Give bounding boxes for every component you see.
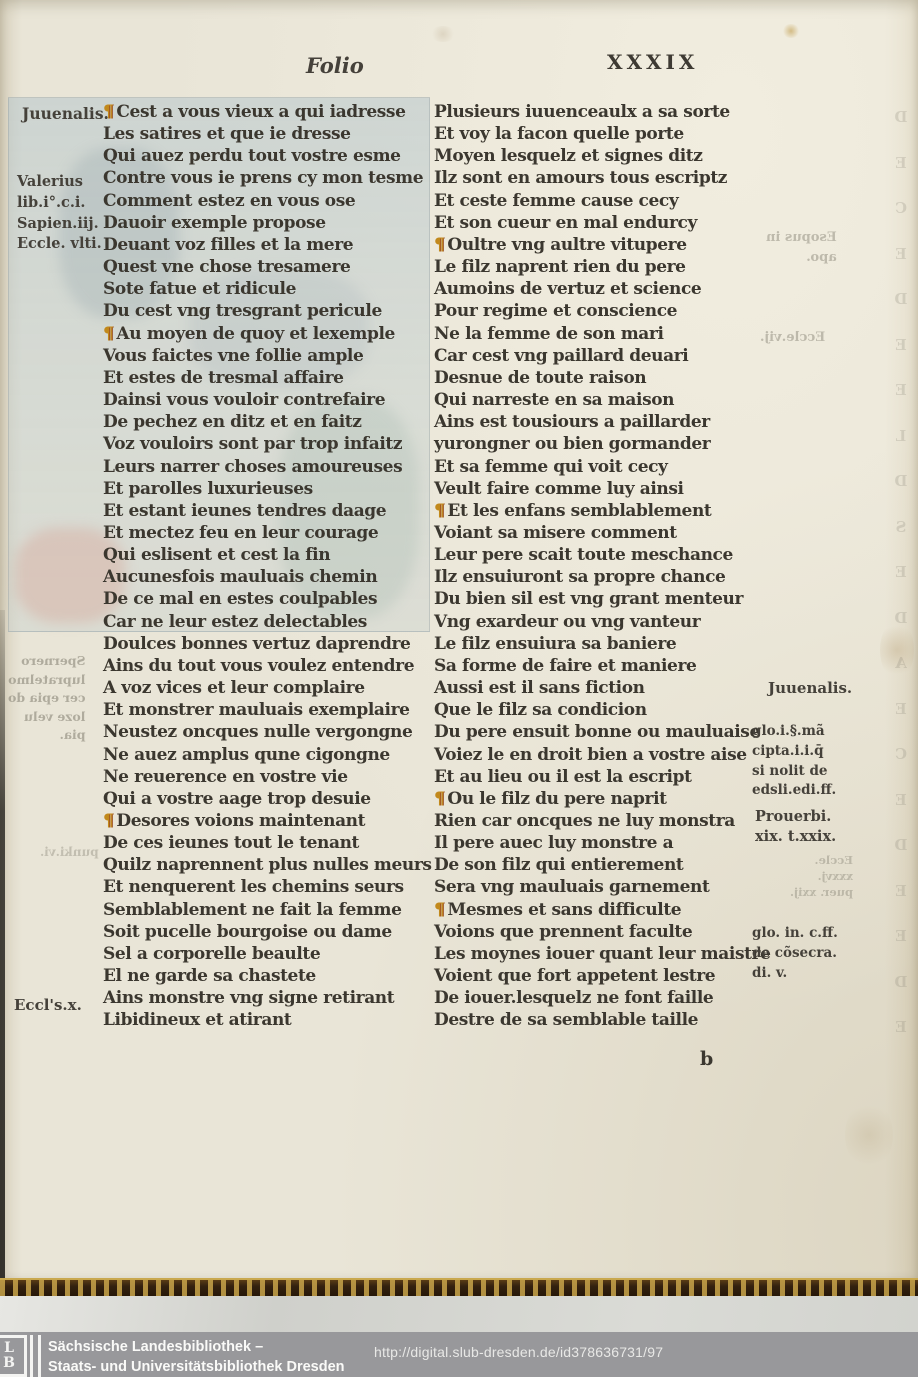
margin-note-gloss-1: glo.i.§.mãcipta.i.i.q̄si nolit deedsli.e… — [752, 722, 836, 801]
ghost-line: loze velu — [8, 708, 85, 727]
ghost-line: punki.vi. — [40, 845, 99, 859]
verse-line: Et ceste femme cause cecy — [434, 190, 771, 212]
verse-line: Leur pere scait toute meschance — [434, 544, 771, 566]
paper-stain — [430, 26, 456, 42]
ghost-line: Eccle. — [790, 852, 853, 868]
verse-line: Qui a vostre aage trop desuie — [103, 788, 432, 810]
verse-line: Car cest vng paillard deuari — [434, 345, 771, 367]
verse-line: Ains du tout vous voulez entendre — [103, 655, 432, 677]
margin-note-juvenalis-left: Juuenalis. — [22, 104, 109, 123]
paper-stain — [782, 24, 800, 38]
margin-note-line: cipta.i.i.q̄ — [752, 742, 836, 762]
verse-line: Les moynes iouer quant leur maistre — [434, 943, 771, 965]
library-name: Sächsische Landesbibliothek – Staats- un… — [48, 1337, 345, 1377]
pilcrow-mark: ¶ — [434, 789, 444, 809]
verse-line: Le filz naprent rien du pere — [434, 256, 771, 278]
document-url: http://digital.slub-dresden.de/id3786367… — [374, 1344, 663, 1360]
verse-line: ¶Desores voions maintenant — [103, 810, 432, 832]
margin-note-line: de cõsecra. — [752, 944, 838, 964]
edge-glyph: E — [891, 232, 911, 278]
margin-note-line: lib.i°.c.i. — [17, 193, 102, 214]
edge-glyph: E — [891, 687, 911, 733]
verse-line: Ne la femme de son mari — [434, 323, 771, 345]
verse-line: Contre vous ie prens cy mon tesme — [103, 167, 432, 189]
paper-stain — [880, 620, 914, 680]
verse-line: Qui auez perdu tout vostre esme — [103, 145, 432, 167]
margin-note-line: glo. in. c.ff. — [752, 924, 838, 944]
pilcrow-mark: ¶ — [103, 811, 113, 831]
verse-line: Aussi est il sans fiction — [434, 677, 771, 699]
edge-glyph: D — [891, 95, 911, 141]
verse-line: Leurs narrer choses amoureuses — [103, 456, 432, 478]
verse-line: ¶Oultre vng aultre vitupere — [434, 234, 771, 256]
verse-line: De pechez en ditz et en faitz — [103, 411, 432, 433]
ghost-line: pia. — [8, 726, 85, 745]
verse-line: Aucunesfois mauluais chemin — [103, 566, 432, 588]
verse-line: Desnue de toute raison — [434, 367, 771, 389]
verse-line: Quest vne chose tresamere — [103, 256, 432, 278]
quire-signature-mark: b — [700, 1048, 713, 1070]
bleedthrough-text-left: Spernerolupratelmocer epia doloze velupi… — [8, 652, 85, 745]
ghost-line: Esopus in — [766, 228, 837, 248]
scanned-book-page: { "header": { "folio_label": "Folio", "p… — [0, 0, 918, 1377]
verse-line: Qui eslisent et cest la fin — [103, 544, 432, 566]
verse-line: Comment estez en vous ose — [103, 190, 432, 212]
verse-line: Et parolles luxurieuses — [103, 478, 432, 500]
edge-glyph: E — [891, 869, 911, 915]
margin-note-line: di. v. — [752, 964, 838, 984]
verse-line: Quilz naprennent plus nulles meurs — [103, 854, 432, 876]
verse-line: Et nenquerent les chemins seurs — [103, 876, 432, 898]
margin-note-gloss-2: glo. in. c.ff.de cõsecra.di. v. — [752, 924, 838, 983]
verse-line: Et estant ieunes tendres daage — [103, 500, 432, 522]
verse-line: Les satires et que ie dresse — [103, 123, 432, 145]
page-scan: Folio XXXIX ¶Cest a vous vieux a qui iad… — [0, 0, 918, 1283]
slub-logo-box: L B — [0, 1335, 27, 1377]
book-fore-edge — [0, 1278, 918, 1298]
ghost-line: puer. xxij. — [790, 884, 853, 900]
verse-line: Voz vouloirs sont par trop infaitz — [103, 433, 432, 455]
verse-line: Car ne leur estez delectables — [103, 611, 432, 633]
verse-line: Et sa femme qui voit cecy — [434, 456, 771, 478]
verse-line: Doulces bonnes vertuz daprendre — [103, 633, 432, 655]
margin-note-line: Eccl's.x. — [14, 996, 82, 1014]
margin-note-line: glo.i.§.mã — [752, 722, 836, 742]
verse-line: Voiant sa misere comment — [434, 522, 771, 544]
folio-label: Folio — [306, 53, 364, 78]
verse-line: Libidineux et atirant — [103, 1009, 432, 1031]
pilcrow-mark: ¶ — [434, 235, 444, 255]
edge-glyph: D — [891, 459, 911, 505]
verse-line: Dauoir exemple propose — [103, 212, 432, 234]
verse-line: Voient que fort appetent lestre — [434, 965, 771, 987]
verse-line: Semblablement ne fait la femme — [103, 899, 432, 921]
verse-line: Deuant voz filles et la mere — [103, 234, 432, 256]
verse-line: Et monstrer mauluais exemplaire — [103, 699, 432, 721]
verse-line: Sera vng mauluais garnement — [434, 876, 771, 898]
margin-note-eccles: Eccl's.x. — [14, 996, 82, 1014]
logo-letter-b: B — [3, 1356, 15, 1371]
bleedthrough-text-left-low: punki.vi. — [40, 845, 99, 859]
verse-line: Et estes de tresmal affaire — [103, 367, 432, 389]
page-number-roman: XXXIX — [607, 50, 698, 74]
edge-glyph: E — [891, 141, 911, 187]
verse-line: Sote fatue et ridicule — [103, 278, 432, 300]
margin-note-line: Prouerbi. — [755, 807, 836, 827]
verse-line: Destre de sa semblable taille — [434, 1009, 771, 1031]
verse-line: Sa forme de faire et maniere — [434, 655, 771, 677]
verse-line: Vous faictes vne follie ample — [103, 345, 432, 367]
pilcrow-mark: ¶ — [434, 900, 444, 920]
verse-line: Rien car oncques ne luy monstra — [434, 810, 771, 832]
ghost-line: Spernero — [8, 652, 85, 671]
library-name-line2: Staats- und Universitätsbibliothek Dresd… — [48, 1357, 345, 1377]
margin-note-references: Valeriuslib.i°.c.i.Sapien.iij.Eccle. vlt… — [17, 172, 102, 255]
verse-line: yurongner ou bien gormander — [434, 433, 771, 455]
ghost-line: xxxvj. — [790, 868, 853, 884]
edge-glyph: C — [891, 732, 911, 778]
verse-line: ¶Cest a vous vieux a qui iadresse — [103, 101, 432, 123]
verse-line: Du bien sil est vng grant menteur — [434, 588, 771, 610]
bleedthrough-text-right-mid: Eccle.xxxvj.puer. xxij. — [790, 852, 853, 900]
bleedthrough-text-esopus: Esopus inapo. — [766, 228, 837, 268]
verse-line: Et voy la facon quelle porte — [434, 123, 771, 145]
verse-line: Moyen lesquelz et signes ditz — [434, 145, 771, 167]
edge-glyph: D — [891, 277, 911, 323]
verse-line: ¶Ou le filz du pere naprit — [434, 788, 771, 810]
verse-line: Et au lieu ou il est la escript — [434, 766, 771, 788]
verse-line: De ces ieunes tout le tenant — [103, 832, 432, 854]
verse-line: Qui narreste en sa maison — [434, 389, 771, 411]
verse-line: Ne auez amplus qune cigongne — [103, 744, 432, 766]
background-cloth — [0, 1296, 918, 1332]
verse-line: A voz vices et leur complaire — [103, 677, 432, 699]
paper-stain — [845, 1100, 893, 1170]
verse-line: Soit pucelle bourgoise ou dame — [103, 921, 432, 943]
verse-line: El ne garde sa chastete — [103, 965, 432, 987]
ghost-line: apo. — [766, 248, 837, 268]
edge-glyph: D — [891, 823, 911, 869]
verse-line: Neustez oncques nulle vergongne — [103, 721, 432, 743]
margin-note-line: Juuenalis. — [22, 104, 109, 123]
margin-note-line: Eccle. vlti. — [17, 234, 102, 255]
margin-note-line: si nolit de — [752, 762, 836, 782]
verse-line: Ilz ensuiuront sa propre chance — [434, 566, 771, 588]
verse-line: Ilz sont en amours tous escriptz — [434, 167, 771, 189]
verse-line: Et son cueur en mal endurcy — [434, 212, 771, 234]
text-column-left: ¶Cest a vous vieux a qui iadresseLes sat… — [103, 101, 432, 1032]
edge-glyph: E — [891, 778, 911, 824]
edge-glyph: A — [891, 641, 911, 687]
verse-line: Voiez le en droit bien a vostre aise — [434, 744, 771, 766]
edge-glyph: E — [891, 323, 911, 369]
edge-glyph: D — [891, 596, 911, 642]
margin-note-line: Sapien.iij. — [17, 214, 102, 235]
footer-bar: L B Sächsische Landesbibliothek – Staats… — [0, 1332, 918, 1377]
verse-line: De son filz qui entierement — [434, 854, 771, 876]
verse-line: De ce mal en estes coulpables — [103, 588, 432, 610]
bleedthrough-edge-initials: DECEDEELDSEDAECEDEEDE — [891, 95, 911, 1051]
verse-line: ¶Mesmes et sans difficulte — [434, 899, 771, 921]
edge-glyph: E — [891, 368, 911, 414]
margin-note-line: Valerius — [17, 172, 102, 193]
edge-glyph: L — [891, 414, 911, 460]
edge-glyph: E — [891, 914, 911, 960]
library-name-line1: Sächsische Landesbibliothek – — [48, 1337, 345, 1357]
edge-glyph: E — [891, 550, 911, 596]
verse-line: Il pere auec luy monstre a — [434, 832, 771, 854]
slub-logo-bars — [30, 1335, 41, 1377]
pilcrow-mark: ¶ — [434, 501, 444, 521]
verse-line: Du cest vng tresgrant pericule — [103, 300, 432, 322]
verse-line: Plusieurs iuuenceaulx a sa sorte — [434, 101, 771, 123]
verse-line: Vng exardeur ou vng vanteur — [434, 611, 771, 633]
verse-line: Du pere ensuit bonne ou mauluaise — [434, 721, 771, 743]
margin-note-line: edsli.edi.ff. — [752, 781, 836, 801]
verse-line: ¶Au moyen de quoy et lexemple — [103, 323, 432, 345]
logo-letter-l: L — [4, 1341, 14, 1356]
verse-line: Que le filz sa condicion — [434, 699, 771, 721]
verse-line: Ains est tousiours a paillarder — [434, 411, 771, 433]
verse-line: Le filz ensuiura sa baniere — [434, 633, 771, 655]
text-column-right: Plusieurs iuuenceaulx a sa sorteEt voy l… — [434, 101, 771, 1032]
verse-line: Sel a corporelle beaulte — [103, 943, 432, 965]
edge-glyph: D — [891, 960, 911, 1006]
verse-line: Et mectez feu en leur courage — [103, 522, 432, 544]
ghost-line: cer epia do — [8, 689, 85, 708]
verse-line: Dainsi vous vouloir contrefaire — [103, 389, 432, 411]
margin-note-juvenalis-right: Juuenalis. — [768, 679, 852, 697]
verse-line: Aumoins de vertuz et science — [434, 278, 771, 300]
edge-glyph: C — [891, 186, 911, 232]
verse-line: Ains monstre vng signe retirant — [103, 987, 432, 1009]
page-edge-shadow — [0, 610, 5, 1283]
verse-line: Ne reuerence en vostre vie — [103, 766, 432, 788]
edge-glyph: E — [891, 1005, 911, 1051]
verse-line: Veult faire comme luy ainsi — [434, 478, 771, 500]
slub-logo: L B — [0, 1335, 41, 1377]
margin-note-line: xix. t.xxix. — [755, 827, 836, 847]
edge-glyph: S — [891, 505, 911, 551]
verse-line: Voions que prennent faculte — [434, 921, 771, 943]
verse-line: ¶Et les enfans semblablement — [434, 500, 771, 522]
verse-line: Pour regime et conscience — [434, 300, 771, 322]
ghost-line: lupratelmo — [8, 671, 85, 690]
verse-line: De iouer.lesquelz ne font faille — [434, 987, 771, 1009]
pilcrow-mark: ¶ — [103, 324, 113, 344]
margin-note-line: Juuenalis. — [768, 679, 852, 697]
margin-note-proverbs: Prouerbi.xix. t.xxix. — [755, 807, 836, 847]
